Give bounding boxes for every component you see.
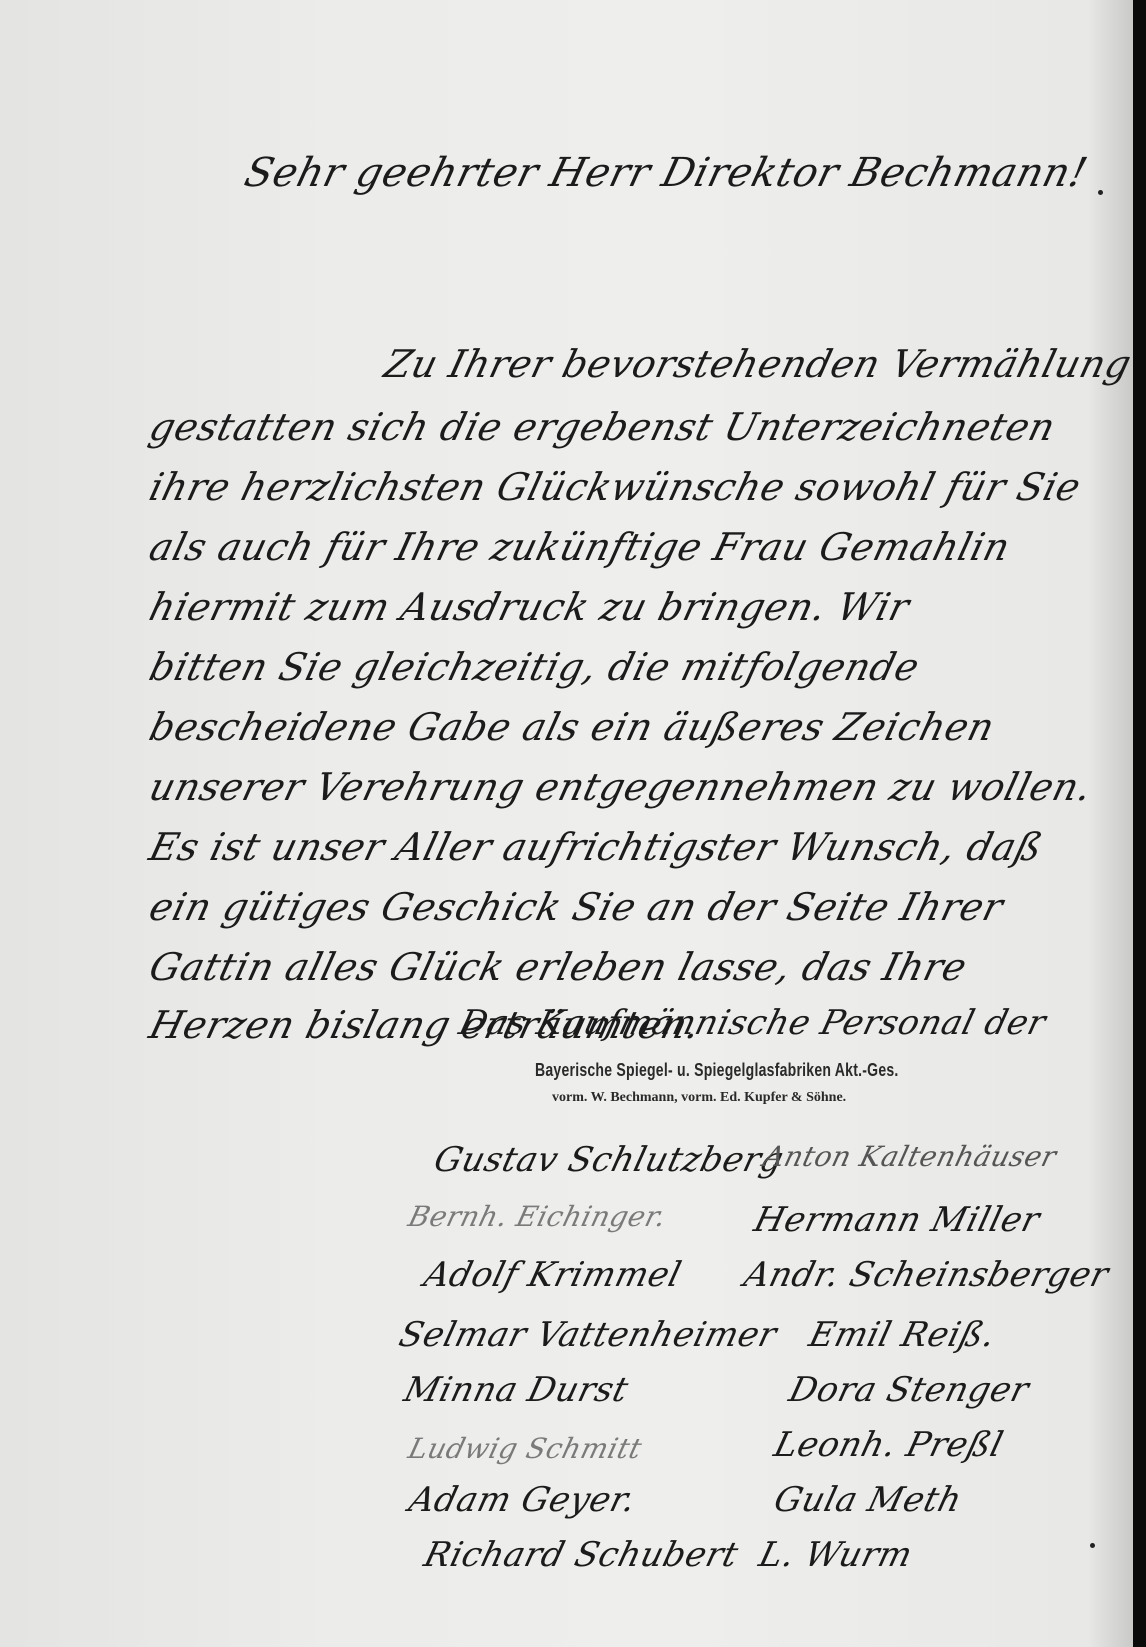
letter-closing: Das Kaufmännische Personal der	[455, 1003, 1050, 1043]
body-line: gestatten sich die ergebenst Unterzeichn…	[145, 405, 1060, 449]
signature: Gula Meth	[770, 1480, 966, 1520]
body-line: Gattin alles Glück erleben lasse, das Ih…	[145, 945, 971, 989]
signature: Adolf Krimmel	[420, 1255, 686, 1295]
signature: Andr. Scheinsberger	[740, 1255, 1113, 1295]
signature: Minna Durst	[400, 1370, 633, 1410]
signature: Richard Schubert	[420, 1535, 742, 1575]
body-line: bescheidene Gabe als ein äußeres Zeichen	[145, 705, 999, 749]
body-line: hiermit zum Ausdruck zu bringen. Wir	[145, 585, 914, 629]
body-line: ihre herzlichsten Glückwünsche sowohl fü…	[145, 465, 1085, 509]
ink-dot	[1090, 1543, 1095, 1548]
letter-page: Sehr geehrter Herr Direktor Bechmann! Zu…	[0, 0, 1133, 1647]
signature: L. Wurm	[755, 1535, 917, 1575]
signature: Dora Stenger	[785, 1370, 1033, 1410]
body-line: als auch für Ihre zukünftige Frau Gemahl…	[145, 525, 1015, 569]
signature: Selmar Vattenheimer	[395, 1315, 781, 1355]
company-stamp-line1: Bayerische Spiegel- u. Spiegelglasfabrik…	[535, 1060, 878, 1081]
signature: Hermann Miller	[750, 1200, 1044, 1240]
signature: Bernh. Eichinger.	[405, 1200, 670, 1233]
signature: Adam Geyer.	[405, 1480, 640, 1520]
signature: Gustav Schlutzberg	[430, 1140, 788, 1180]
signature: Ludwig Schmitt	[405, 1432, 645, 1465]
scan-edge	[1133, 0, 1146, 1647]
signature: Emil Reiß.	[805, 1315, 1000, 1355]
ink-dot	[1098, 190, 1103, 195]
body-line: Zu Ihrer bevorstehenden Vermählung	[380, 342, 1136, 386]
body-line: ein gütiges Geschick Sie an der Seite Ih…	[145, 885, 1008, 929]
body-line: unserer Verehrung entgegennehmen zu woll…	[145, 765, 1097, 809]
body-line: Es ist unser Aller aufrichtigster Wunsch…	[145, 825, 1047, 869]
company-stamp-line2: vorm. W. Bechmann, vorm. Ed. Kupfer & Sö…	[552, 1090, 952, 1106]
signature: Anton Kaltenhäuser	[760, 1140, 1060, 1173]
signature: Leonh. Preßl	[770, 1425, 1007, 1465]
body-line: bitten Sie gleichzeitig, die mitfolgende	[145, 645, 924, 689]
letter-greeting: Sehr geehrter Herr Direktor Bechmann!	[240, 150, 1092, 196]
